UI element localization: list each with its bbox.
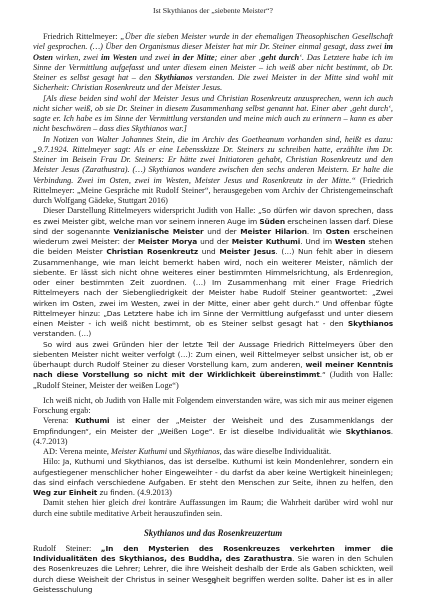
text-run: drei	[132, 498, 145, 507]
text-run: verstanden. (…)	[33, 329, 91, 338]
text-run: . Im	[307, 227, 326, 236]
paragraph: Damit stehen hier gleich drei konträre A…	[33, 498, 393, 519]
text-run: geht durch	[261, 53, 299, 62]
text-run: (4.9.2013)	[137, 488, 172, 497]
text-run: Damit stehen hier gleich	[43, 498, 132, 507]
text-run: und der	[197, 237, 232, 246]
text-run: Kuthumi	[75, 416, 109, 425]
text-run: Weg zur Einheit	[33, 488, 97, 497]
text-run: In Notizen von Walter Johannes Stein, di…	[33, 135, 393, 185]
text-run: Friedrich Rittelmeyer:	[43, 32, 120, 41]
text-run: [Als diese beiden sind wohl der Meister …	[33, 94, 393, 134]
text-run: (4.7.2013)	[33, 437, 68, 446]
text-run: ; einer aber ‚	[215, 53, 262, 62]
text-run: zu finden.	[97, 488, 137, 497]
text-run: und	[167, 447, 184, 456]
text-run: Skythianos	[348, 319, 393, 328]
text-run: . (…) Nun fehlt aber in diesem Zusammenh…	[33, 247, 393, 328]
text-run: AD: Verena meinte,	[43, 447, 111, 456]
text-run: Dieser Darstellung Rittelmeyers widerspr…	[43, 206, 258, 215]
text-run: und	[198, 247, 219, 256]
text-run: Westen	[335, 237, 366, 246]
paragraph: Rudolf Steiner: „In den Mysterien des Ro…	[33, 544, 393, 595]
text-run: und der	[204, 227, 241, 236]
text-run: Hilo:	[43, 457, 63, 466]
text-run: Meister Kuthumi	[111, 447, 167, 456]
document-page: { "document": { "header": "Ist Skythiano…	[0, 0, 424, 600]
page: Ist Skythianos der „siebente Meister“? F…	[0, 0, 424, 600]
paragraph: [Als diese beiden sind wohl der Meister …	[33, 94, 393, 135]
text-run: Skythianos und das Rosenkreuzertum	[144, 528, 282, 538]
paragraph: Ich weiß nicht, ob Judith von Halle mit …	[33, 396, 393, 417]
text-run: Verena:	[43, 416, 75, 425]
text-run: Meister Morya	[138, 237, 197, 246]
paragraph: So wird aus zwei Gründen hier der letzte…	[33, 340, 393, 391]
paragraph: AD: Verena meinte, Meister Kuthumi und S…	[33, 447, 393, 457]
text-run: . Und im	[300, 237, 335, 246]
text-run: Rudolf Steiner:	[33, 544, 101, 553]
text-run: Osten	[326, 227, 350, 236]
text-run: Meister Kuthumi	[232, 237, 300, 246]
paragraph: Dieser Darstellung Rittelmeyers widerspr…	[33, 206, 393, 339]
section-heading: Skythianos und das Rosenkreuzertum	[33, 528, 393, 539]
text-run: Skythianos	[184, 447, 220, 456]
paragraph: Verena: Kuthumi ist einer der „Meister d…	[33, 416, 393, 447]
text-run: wirken, zwei	[53, 53, 101, 62]
text-run: und zwei	[137, 53, 173, 62]
text-run: , das wäre dieselbe Individualität.	[220, 447, 332, 456]
text-run: Skythianos	[346, 427, 391, 436]
text-run: Ich weiß nicht, ob Judith von Halle mit …	[33, 396, 393, 415]
text-run: .“	[320, 370, 330, 379]
text-run: Ja, Kuthumi und Skythianos, das ist ders…	[33, 457, 393, 487]
text-run: Meister Hilarion	[240, 227, 307, 236]
paragraph: Hilo: Ja, Kuthumi und Skythianos, das is…	[33, 457, 393, 498]
text-run: Meister Jesus	[219, 247, 275, 256]
text-run: Süden	[259, 217, 285, 226]
text-run: in der Mitte	[173, 53, 215, 62]
paragraph: Friedrich Rittelmeyer: „Über die sieben …	[33, 32, 393, 94]
document-body: Friedrich Rittelmeyer: „Über die sieben …	[33, 32, 393, 595]
text-run: Christian Rosenkreutz	[106, 247, 198, 256]
text-run: Venizianische Meister	[113, 227, 203, 236]
running-header: Ist Skythianos der „siebente Meister“?	[33, 6, 393, 15]
text-run: Skythianos	[155, 73, 193, 82]
text-run: im Westen	[101, 53, 137, 62]
paragraph: In Notizen von Walter Johannes Stein, di…	[33, 135, 393, 207]
page-number: 24	[0, 577, 424, 586]
text-run: .	[391, 427, 393, 436]
